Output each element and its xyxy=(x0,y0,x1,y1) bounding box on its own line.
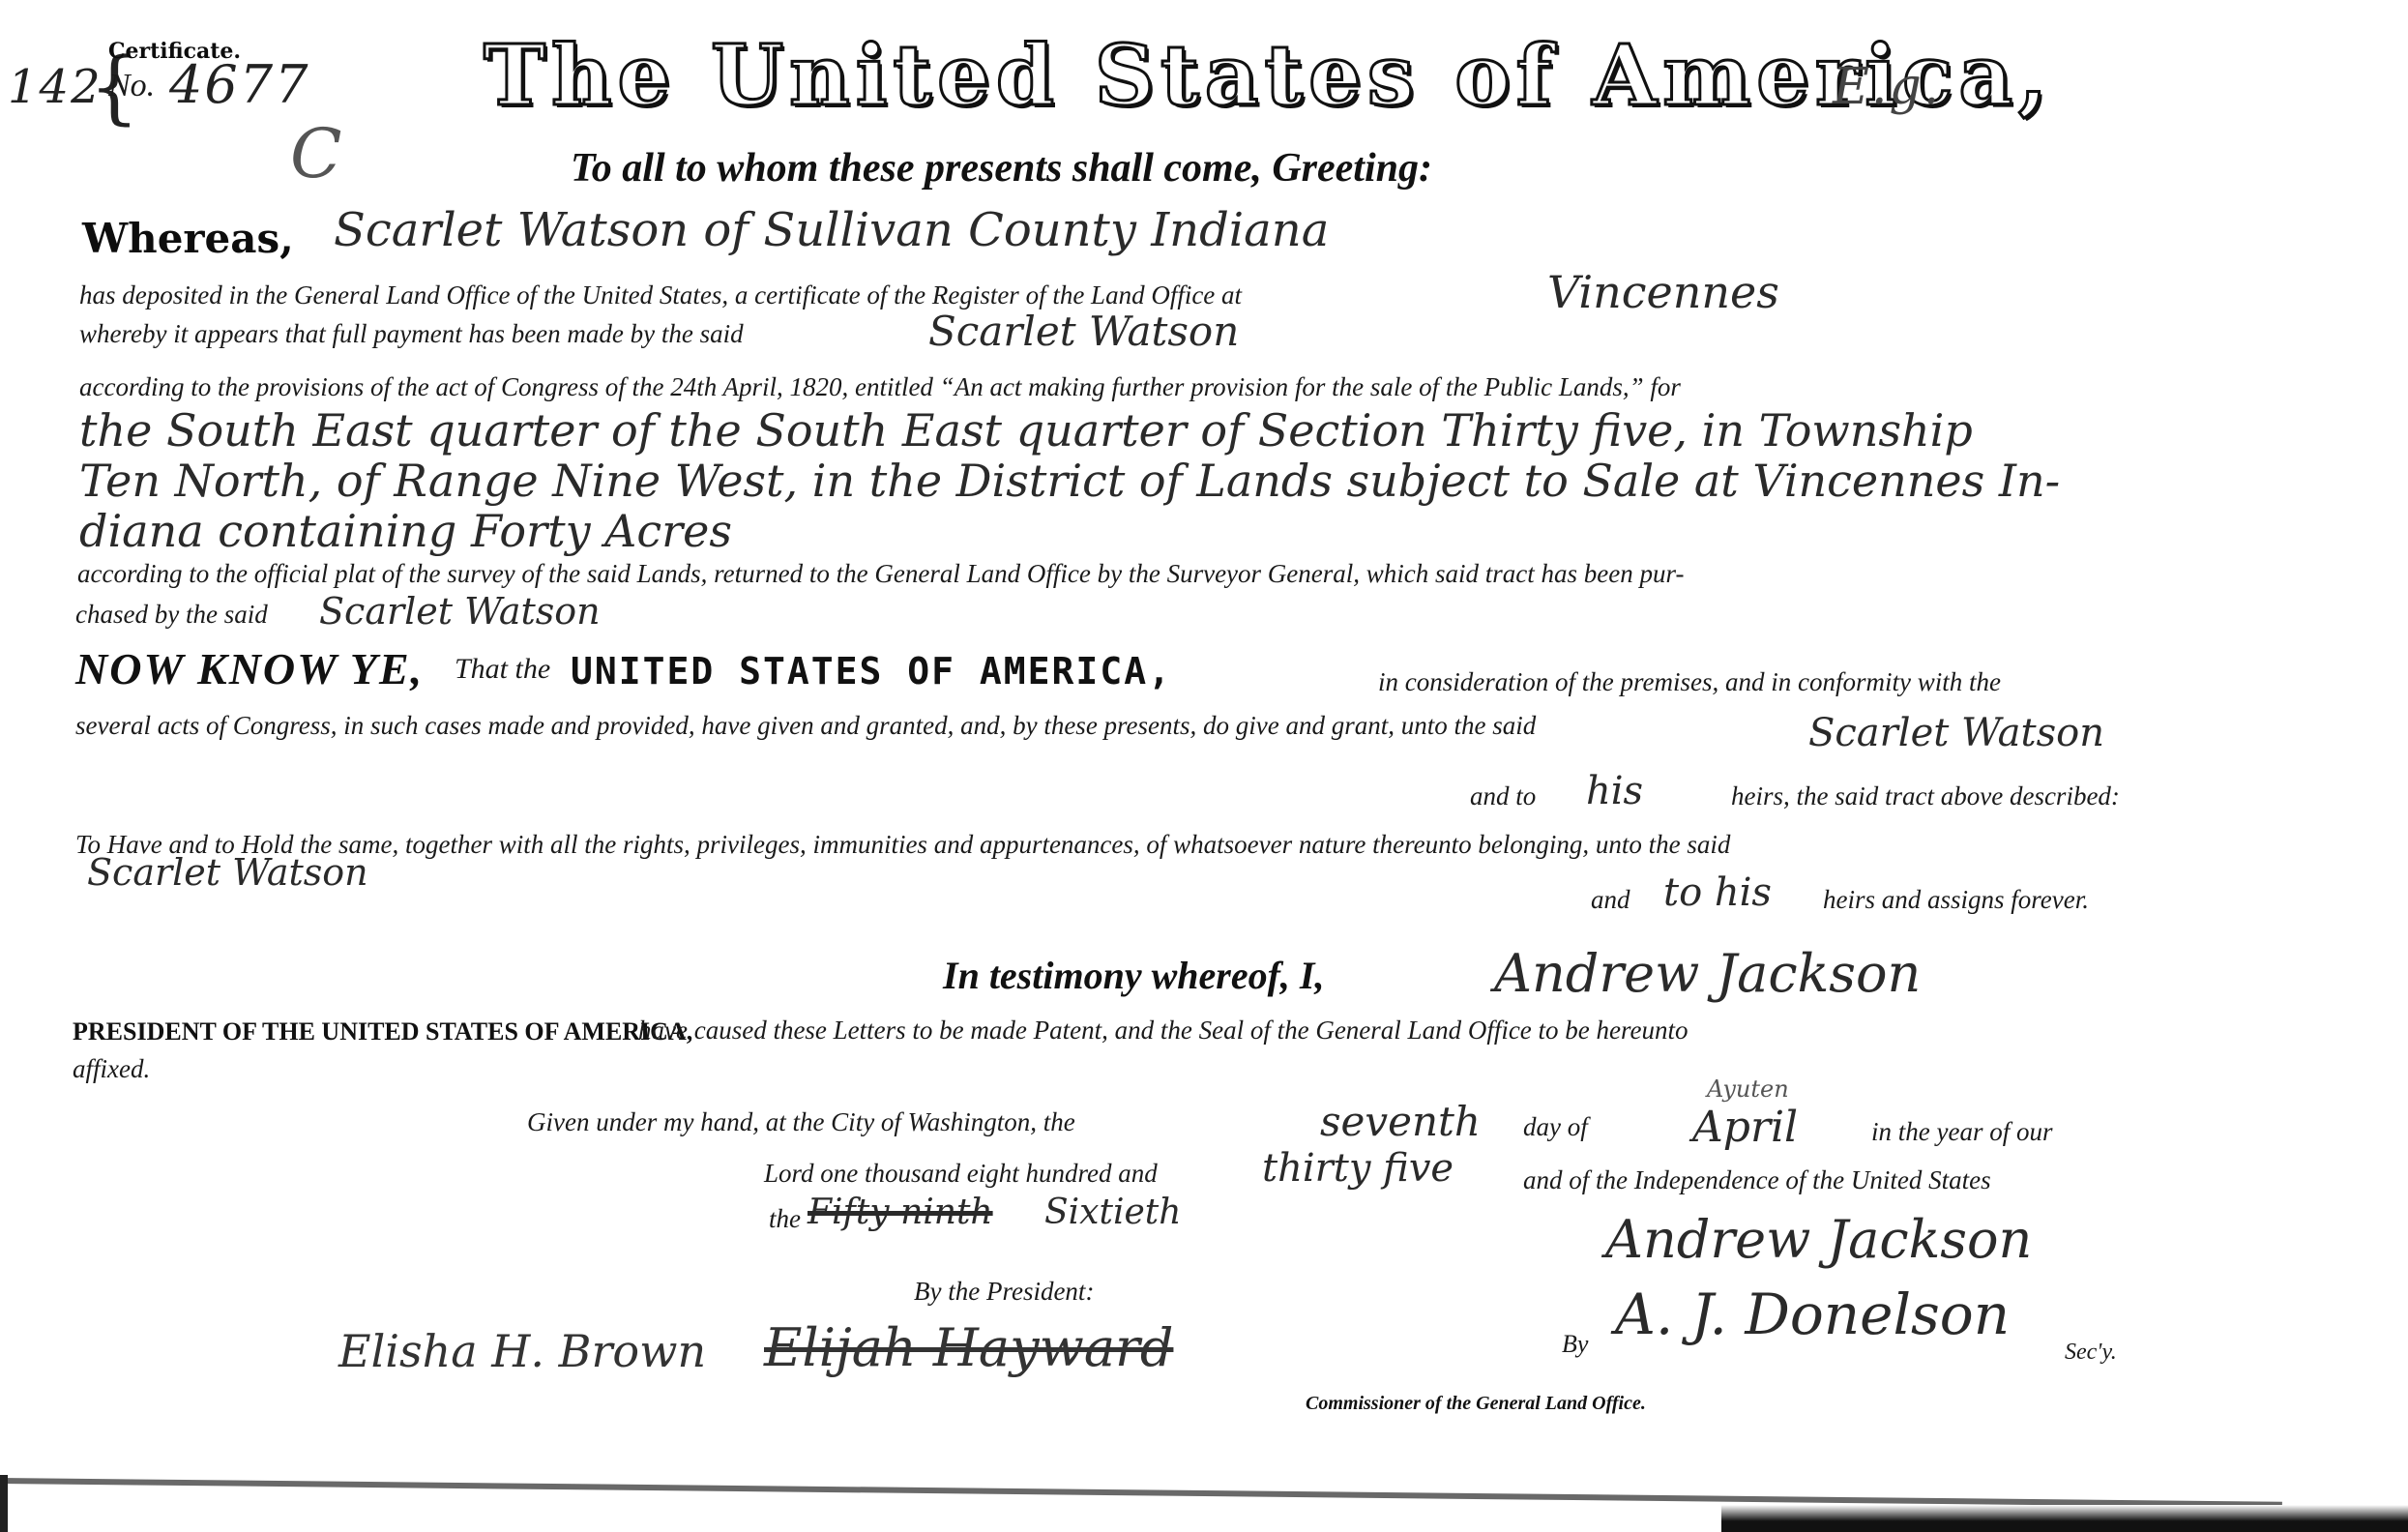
given-line-prefix: Given under my hand, at the City of Wash… xyxy=(527,1107,1075,1137)
margin-mark: C xyxy=(290,114,344,193)
united-states-of-america: UNITED STATES OF AMERICA, xyxy=(571,650,1172,692)
granted-line: several acts of Congress, in such cases … xyxy=(75,711,1536,741)
purchased-by-prefix: chased by the said xyxy=(75,600,268,630)
by-the-president-label: By the President: xyxy=(914,1277,1094,1307)
independence-year-struck: Fifty ninth xyxy=(808,1193,993,1232)
act-of-congress-line: according to the provisions of the act o… xyxy=(79,372,1681,402)
certificate-no-prefix: No. xyxy=(108,68,155,104)
now-know-ye-lead: NOW KNOW YE, xyxy=(75,643,424,694)
document-title: The United States of America, xyxy=(484,27,2053,125)
greeting: To all to whom these presents shall come… xyxy=(571,145,1432,191)
grantee-name-line: Scarlet Watson of Sullivan County Indian… xyxy=(334,203,1329,257)
scan-shadow xyxy=(1721,1505,2408,1532)
given-year: thirty five xyxy=(1262,1146,1454,1191)
scan-left-edge xyxy=(0,1475,8,1532)
official-plat-line: according to the official plat of the su… xyxy=(77,559,1684,589)
secretary-signature: A. J. Donelson xyxy=(1615,1282,2010,1347)
deposit-line: has deposited in the General Land Office… xyxy=(79,280,1242,310)
affixed-text: affixed. xyxy=(73,1054,150,1084)
given-day: seventh xyxy=(1320,1098,1481,1145)
secretary-suffix: Sec'y. xyxy=(2065,1340,2117,1366)
tract-description-line-2: Ten North, of Range Nine West, in the Di… xyxy=(79,455,2060,507)
independence-the: the xyxy=(769,1204,801,1234)
grant-grantee-name: Scarlet Watson xyxy=(1808,711,2104,755)
assigns-suffix: heirs and assigns forever. xyxy=(1823,885,2089,915)
independence-line: and of the Independence of the United St… xyxy=(1523,1165,1991,1195)
assigns-prefix: and xyxy=(1591,885,1630,915)
given-month: April xyxy=(1692,1103,1798,1152)
tract-description-line-1: the South East quarter of the South East… xyxy=(79,404,1973,457)
interlineation-note: Ayuten xyxy=(1707,1075,1789,1103)
whereas-lead: Whereas, xyxy=(82,215,294,262)
commissioner-title: Commissioner of the General Land Office. xyxy=(1306,1393,1646,1415)
page-bottom-edge xyxy=(0,1478,2282,1508)
lord-line-prefix: Lord one thousand eight hundred and xyxy=(764,1159,1158,1189)
recorder-signature: Elisha H. Brown xyxy=(338,1325,706,1377)
heirs-pronoun: his xyxy=(1586,769,1643,813)
testimony-lead: In testimony whereof, I, xyxy=(943,953,1324,998)
title-annotation: E.g. xyxy=(1833,58,1941,116)
president-name: Andrew Jackson xyxy=(1494,943,1921,1004)
assigns-pronoun: to his xyxy=(1663,870,1772,915)
commissioner-signature-struck: Elijah Hayward xyxy=(764,1317,1173,1378)
given-line-suffix: in the year of our xyxy=(1871,1117,2052,1147)
margin-record-number: 142 xyxy=(8,60,103,114)
independence-year: Sixtieth xyxy=(1044,1193,1181,1232)
land-office-location: Vincennes xyxy=(1547,266,1779,318)
letters-patent-line: have caused these Letters to be made Pat… xyxy=(638,1016,1689,1046)
president-signature: Andrew Jackson xyxy=(1605,1209,2032,1270)
payment-line: whereby it appears that full payment has… xyxy=(79,319,744,349)
certificate-number: 4677 xyxy=(169,54,309,115)
habendum-grantee-name: Scarlet Watson xyxy=(87,851,368,894)
tract-description-line-3: diana containing Forty Acres xyxy=(79,505,732,557)
day-of-label: day of xyxy=(1523,1112,1588,1142)
purchaser-name: Scarlet Watson xyxy=(319,590,601,633)
that-the: That the xyxy=(455,653,550,686)
consideration-line: in consideration of the premises, and in… xyxy=(1378,667,2001,697)
heirs-suffix: heirs, the said tract above described: xyxy=(1731,781,2120,811)
heirs-prefix: and to xyxy=(1470,781,1536,811)
payer-name: Scarlet Watson xyxy=(928,308,1239,355)
president-title: PRESIDENT OF THE UNITED STATES OF AMERIC… xyxy=(73,1017,692,1046)
by-label: By xyxy=(1562,1330,1588,1359)
